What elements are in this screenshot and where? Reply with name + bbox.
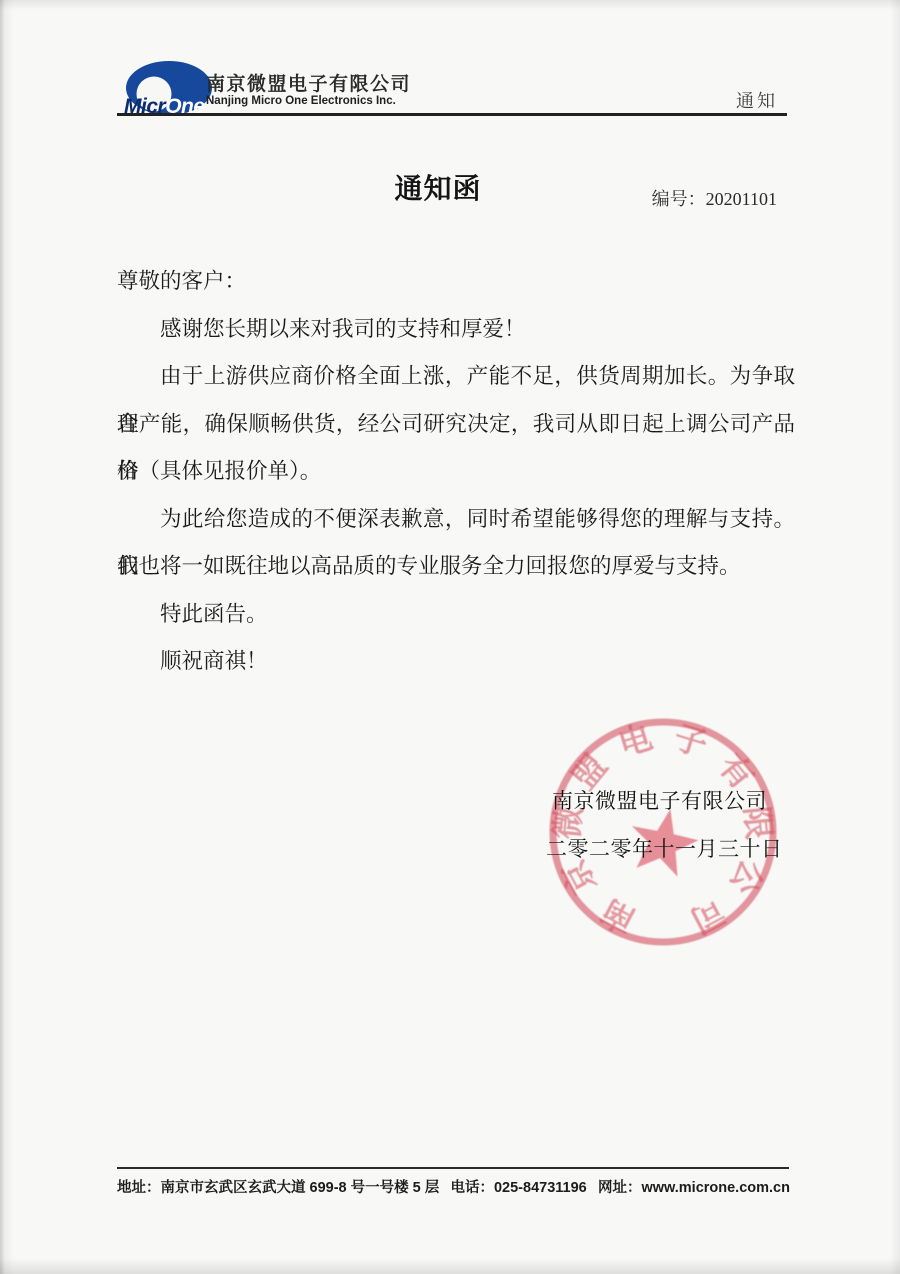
- company-name-chinese: 南京微盟电子有限公司: [206, 69, 411, 96]
- header-divider: [117, 113, 787, 116]
- microne-logo-graphic: MicrOne: [123, 58, 215, 118]
- body-line: 们也将一如既往地以高品质的专业服务全力回报您的厚爱与支持。: [117, 543, 795, 591]
- signature-date: 二零二零年十一月三十日: [546, 833, 783, 863]
- footer-website: 网址：www.microne.com.cn: [598, 1176, 790, 1197]
- body-line: 为此给您造成的不便深表歉意，同时希望能够得您的理解与支持。我: [117, 496, 795, 544]
- footer-phone: 电话：025-84731196: [450, 1176, 586, 1197]
- body-line: 特此函告。: [117, 591, 795, 639]
- company-name-english: Nanjing Micro One Electronics Inc.: [206, 95, 396, 107]
- footer-address: 地址：南京市玄武区玄武大道 699-8 号一号楼 5 层: [117, 1176, 439, 1197]
- doc-number: 编号：20201101: [652, 185, 777, 211]
- stamp-arc-char: 南: [595, 891, 642, 939]
- body-line: 尊敬的客户：: [117, 258, 795, 306]
- body-line: 感谢您长期以来对我司的支持和厚爱！: [117, 306, 795, 354]
- letter-body: 尊敬的客户：感谢您长期以来对我司的支持和厚爱！由于上游供应商价格全面上涨，产能不…: [117, 258, 795, 686]
- microne-logo-icon: MicrOne: [123, 58, 215, 118]
- letter-page: MicrOne 南京微盟电子有限公司 Nanjing Micro One Ele…: [0, 0, 900, 1274]
- body-line: 理产能，确保顺畅供货，经公司研究决定，我司从即日起上调公司产品价: [117, 401, 795, 449]
- body-line: 格（具体见报价单）。: [117, 448, 795, 496]
- doc-type-label: 通知: [736, 87, 778, 113]
- body-line: 顺祝商祺！: [117, 638, 795, 686]
- footer-divider: [117, 1167, 789, 1169]
- signature-company: 南京微盟电子有限公司: [552, 785, 767, 815]
- company-seal-stamp: 南京微盟电子有限公司: [538, 707, 788, 957]
- stamp-arc-char: 司: [684, 891, 731, 939]
- body-line: 由于上游供应商价格全面上涨，产能不足，供货周期加长。为争取合: [117, 353, 795, 401]
- footer: 地址：南京市玄武区玄武大道 699-8 号一号楼 5 层 电话：025-8473…: [117, 1176, 790, 1197]
